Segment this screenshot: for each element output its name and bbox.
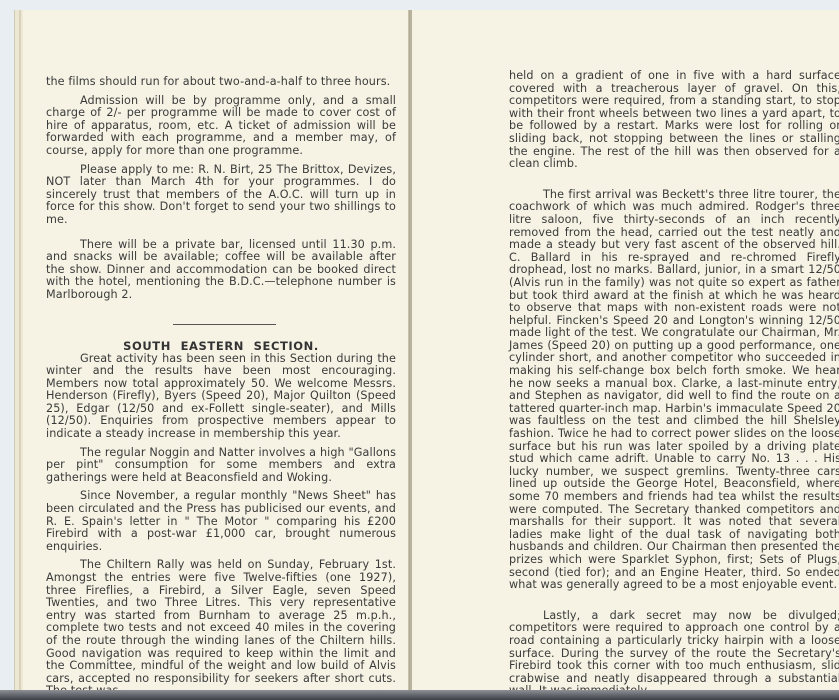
right-page-content: held on a gradient of one in five with a… (509, 70, 839, 698)
paragraph-noggin-natter: The regular Noggin and Natter involves a… (46, 447, 396, 485)
left-page: the films should run for about two-and-a… (14, 10, 410, 695)
left-page-content: the films should run for about two-and-a… (46, 76, 396, 698)
paragraph-chiltern-rally: The Chiltern Rally was held on Sunday, F… (46, 559, 396, 698)
paragraph-gradient-test: held on a gradient of one in five with a… (509, 70, 839, 171)
paragraph-apply: Please apply to me: R. N. Birt, 25 The B… (46, 164, 396, 227)
section-heading: SOUTH EASTERN SECTION. (46, 339, 396, 353)
paragraph-films-duration: the films should run for about two-and-a… (46, 76, 396, 89)
right-page: held on a gradient of one in five with a… (410, 10, 839, 695)
paragraph-great-activity: Great activity has been seen in this Sec… (46, 353, 396, 441)
paragraph-news-sheet: Since November, a regular monthly "News … (46, 490, 396, 553)
desk-surface (0, 690, 839, 700)
paragraph-first-arrival: The first arrival was Beckett's three li… (509, 189, 839, 592)
paragraph-dark-secret: Lastly, a dark secret may now be divulge… (509, 610, 839, 698)
paragraph-private-bar: There will be a private bar, licensed un… (46, 239, 396, 302)
paragraph-admission: Admission will be by programme only, and… (46, 95, 396, 158)
section-divider (173, 324, 276, 325)
